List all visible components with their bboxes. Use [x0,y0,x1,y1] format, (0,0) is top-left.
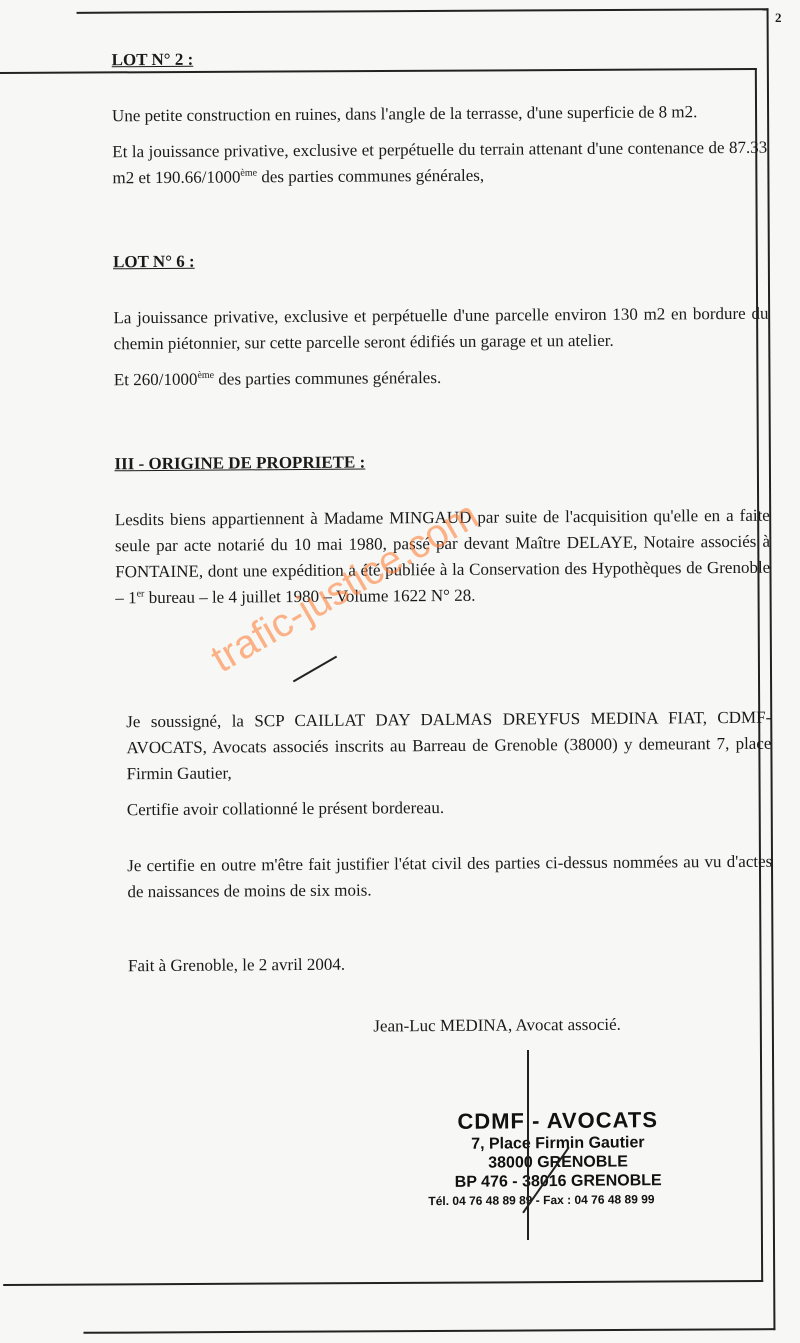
lot-2-description: Une petite construction en ruines, dans … [112,99,767,130]
place-and-date: Fait à Grenoble, le 2 avril 2004. [118,949,773,980]
page-number: 2 [775,10,782,26]
lot-6-description: La jouissance privative, exclusive et pe… [113,301,768,358]
certification-declarant: Je soussigné, la SCP CAILLAT DAY DALMAS … [116,705,772,788]
signature-stroke-vertical [527,1050,529,1240]
stamp-address-3: BP 476 - 38016 GRENOBLE [428,1171,688,1192]
stamp-phone-fax: Tél. 04 76 48 89 89 - Fax : 04 76 48 89 … [428,1190,688,1210]
stamp-firm-name: CDMF - AVOCATS [428,1107,688,1135]
signatory: Jean-Luc MEDINA, Avocat associé. [373,1011,773,1040]
stamp-address-1: 7, Place Firmin Gautier [428,1133,688,1154]
law-firm-stamp: CDMF - AVOCATS 7, Place Firmin Gautier 3… [428,1107,689,1210]
certification-civil-status: Je certifie en outre m'être fait justifi… [117,849,772,906]
lot-2-shares: Et la jouissance privative, exclusive et… [112,135,767,192]
